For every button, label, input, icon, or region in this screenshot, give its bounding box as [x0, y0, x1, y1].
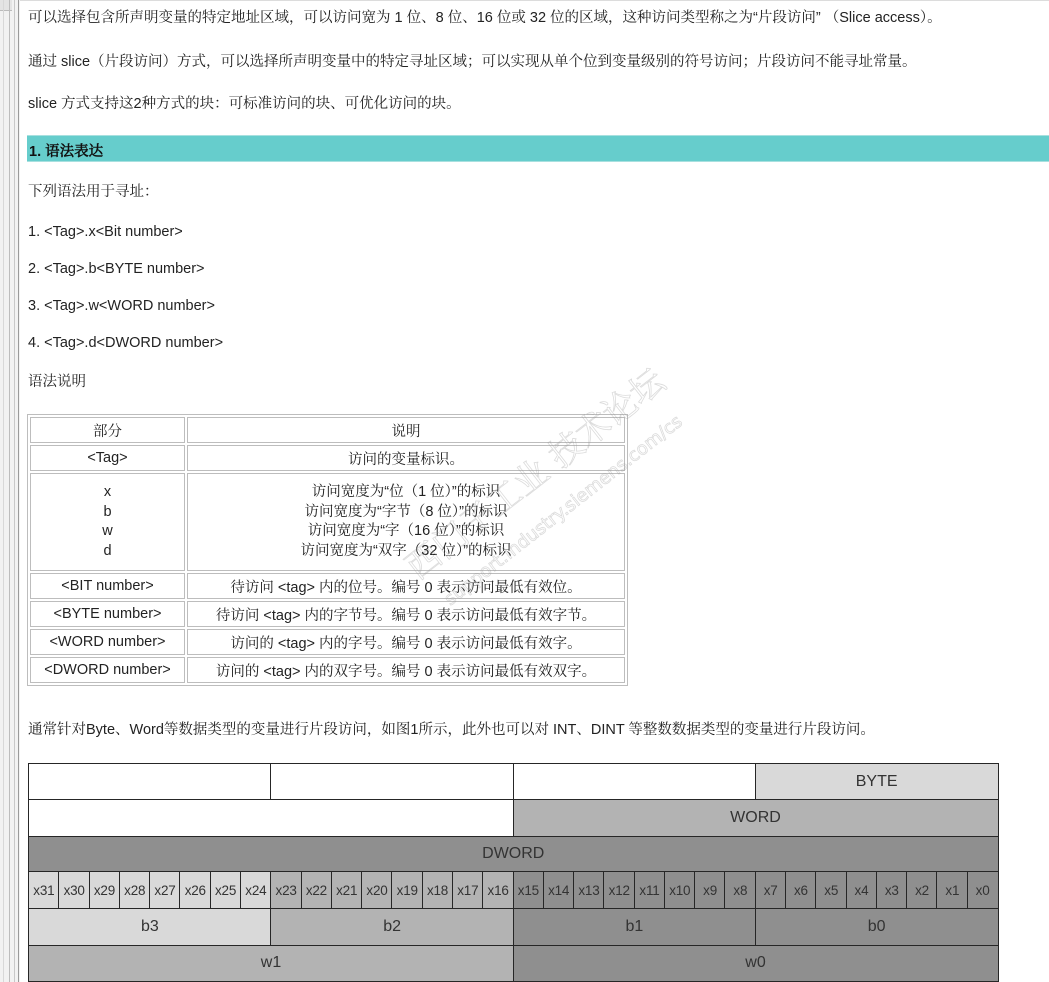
bit-cell: x30: [58, 871, 90, 910]
table-row: x b w d 访问宽度为“位（1 位）”的标识 访问宽度为“字节（8 位）”的…: [30, 473, 625, 571]
bit-cell: x6: [785, 871, 817, 910]
table-header-description: 说明: [187, 417, 625, 443]
table-cell-description: 访问的 <tag> 内的双字号。编号 0 表示访问最低有效双字。: [187, 657, 625, 683]
bit-cell: x17: [452, 871, 484, 910]
part-line: d: [31, 542, 184, 562]
part-line: x: [31, 483, 184, 503]
byte-slot-empty: [28, 763, 272, 801]
byte-label-cell: BYTE: [755, 763, 999, 801]
byte-slot-empty: [270, 763, 514, 801]
description-line: 访问宽度为“双字（32 位）”的标识: [188, 542, 624, 562]
table-header-row: 部分 说明: [30, 417, 625, 443]
bit-cell: x13: [573, 871, 605, 910]
bit-cell: x21: [331, 871, 363, 910]
part-line: b: [31, 503, 184, 523]
slice-access-diagram: BYTEWORDDWORDx31x30x29x28x27x26x25x24x23…: [28, 763, 997, 980]
paragraph-slice-definition: 可以选择包含所声明变量的特定地址区域，可以访问宽为 1 位、8 位、16 位或 …: [28, 9, 942, 27]
bit-cell: x0: [967, 871, 999, 910]
syntax-table: 部分 说明 <Tag> 访问的变量标识。 x b w d 访问宽度为“位（1 位…: [27, 414, 628, 686]
bit-cell: x15: [513, 871, 545, 910]
table-cell-part: <BIT number>: [30, 573, 185, 599]
section-heading-syntax: 1. 语法表达: [27, 135, 1049, 162]
bit-cell: x12: [603, 871, 635, 910]
bit-cell: x20: [361, 871, 393, 910]
table-cell-description: 待访问 <tag> 内的位号。编号 0 表示访问最低有效位。: [187, 573, 625, 599]
table-row: <WORD number> 访问的 <tag> 内的字号。编号 0 表示访问最低…: [30, 629, 625, 655]
syntax-line: 3. <Tag>.w<WORD number>: [28, 297, 215, 315]
table-cell-part: <Tag>: [30, 445, 185, 471]
bit-cell: x7: [755, 871, 787, 910]
bit-cell: x27: [149, 871, 181, 910]
description-line: 访问宽度为“字（16 位）”的标识: [188, 522, 624, 542]
bit-cell: x5: [815, 871, 847, 910]
dword-label-cell: DWORD: [28, 836, 999, 873]
bit-cell: x22: [301, 871, 333, 910]
syntax-line: 4. <Tag>.d<DWORD number>: [28, 334, 223, 352]
bit-cell: x11: [634, 871, 666, 910]
syntax-line: 2. <Tag>.b<BYTE number>: [28, 260, 205, 278]
bit-cell: x19: [391, 871, 423, 910]
byte-cell: b2: [270, 908, 514, 947]
word-label-cell: WORD: [513, 799, 999, 838]
table-row: <Tag> 访问的变量标识。: [30, 445, 625, 471]
bit-cell: x28: [119, 871, 151, 910]
byte-cell: b0: [755, 908, 999, 947]
bit-cell: x26: [179, 871, 211, 910]
bit-cell: x10: [664, 871, 696, 910]
table-row: <DWORD number> 访问的 <tag> 内的双字号。编号 0 表示访问…: [30, 657, 625, 683]
bit-cell: x16: [482, 871, 514, 910]
bit-cell: x1: [936, 871, 968, 910]
byte-slot-empty: [513, 763, 757, 801]
syntax-intro: 下列语法用于寻址：: [28, 183, 159, 201]
bit-cell: x4: [846, 871, 878, 910]
bit-cell: x31: [28, 871, 60, 910]
bit-cell: x25: [210, 871, 242, 910]
section-heading-text: 1. 语法表达: [29, 140, 103, 161]
paragraph-slice-block-support: slice 方式支持这2种方式的块：可标准访问的块、可优化访问的块。: [28, 95, 461, 113]
bit-cell: x24: [240, 871, 272, 910]
bit-cell: x18: [422, 871, 454, 910]
description-line: 访问宽度为“位（1 位）”的标识: [188, 483, 624, 503]
word-cell: w0: [513, 945, 999, 982]
frame-line: [14, 0, 15, 982]
table-cell-description: 访问的变量标识。: [187, 445, 625, 471]
syntax-line: 1. <Tag>.x<Bit number>: [28, 223, 183, 241]
bit-cell: x3: [876, 871, 908, 910]
description-line: 访问宽度为“字节（8 位）”的标识: [188, 503, 624, 523]
byte-cell: b1: [513, 908, 757, 947]
bit-cell: x23: [270, 871, 302, 910]
table-cell-description: 待访问 <tag> 内的字节号。编号 0 表示访问最低有效字节。: [187, 601, 625, 627]
top-border: [20, 0, 1049, 1]
table-cell-description: 访问的 <tag> 内的字号。编号 0 表示访问最低有效字。: [187, 629, 625, 655]
bit-cell: x14: [543, 871, 575, 910]
byte-cell: b3: [28, 908, 272, 947]
table-cell-part: <BYTE number>: [30, 601, 185, 627]
window-frame-left: [0, 0, 20, 982]
frame-cap: [0, 0, 12, 11]
table-cell-description: 访问宽度为“位（1 位）”的标识 访问宽度为“字节（8 位）”的标识 访问宽度为…: [187, 473, 625, 571]
syntax-note-label: 语法说明: [28, 373, 86, 391]
bit-cell: x8: [724, 871, 756, 910]
frame-line: [9, 0, 10, 982]
table-cell-part: <DWORD number>: [30, 657, 185, 683]
frame-line: [3, 0, 4, 982]
table-header-part: 部分: [30, 417, 185, 443]
frame-line: [18, 0, 19, 982]
paragraph-slice-usage: 通常针对Byte、Word等数据类型的变量进行片段访问，如图1所示，此外也可以对…: [28, 721, 875, 739]
word-slot-empty: [28, 799, 514, 838]
word-cell: w1: [28, 945, 514, 982]
table-cell-part: x b w d: [30, 473, 185, 571]
table-row: <BIT number> 待访问 <tag> 内的位号。编号 0 表示访问最低有…: [30, 573, 625, 599]
table-cell-part: <WORD number>: [30, 629, 185, 655]
paragraph-slice-description: 通过 slice（片段访问）方式，可以选择所声明变量中的特定寻址区域；可以实现从…: [28, 53, 917, 71]
bit-cell: x29: [89, 871, 121, 910]
part-line: w: [31, 522, 184, 542]
bit-cell: x9: [694, 871, 726, 910]
bit-cell: x2: [906, 871, 938, 910]
table-row: <BYTE number> 待访问 <tag> 内的字节号。编号 0 表示访问最…: [30, 601, 625, 627]
